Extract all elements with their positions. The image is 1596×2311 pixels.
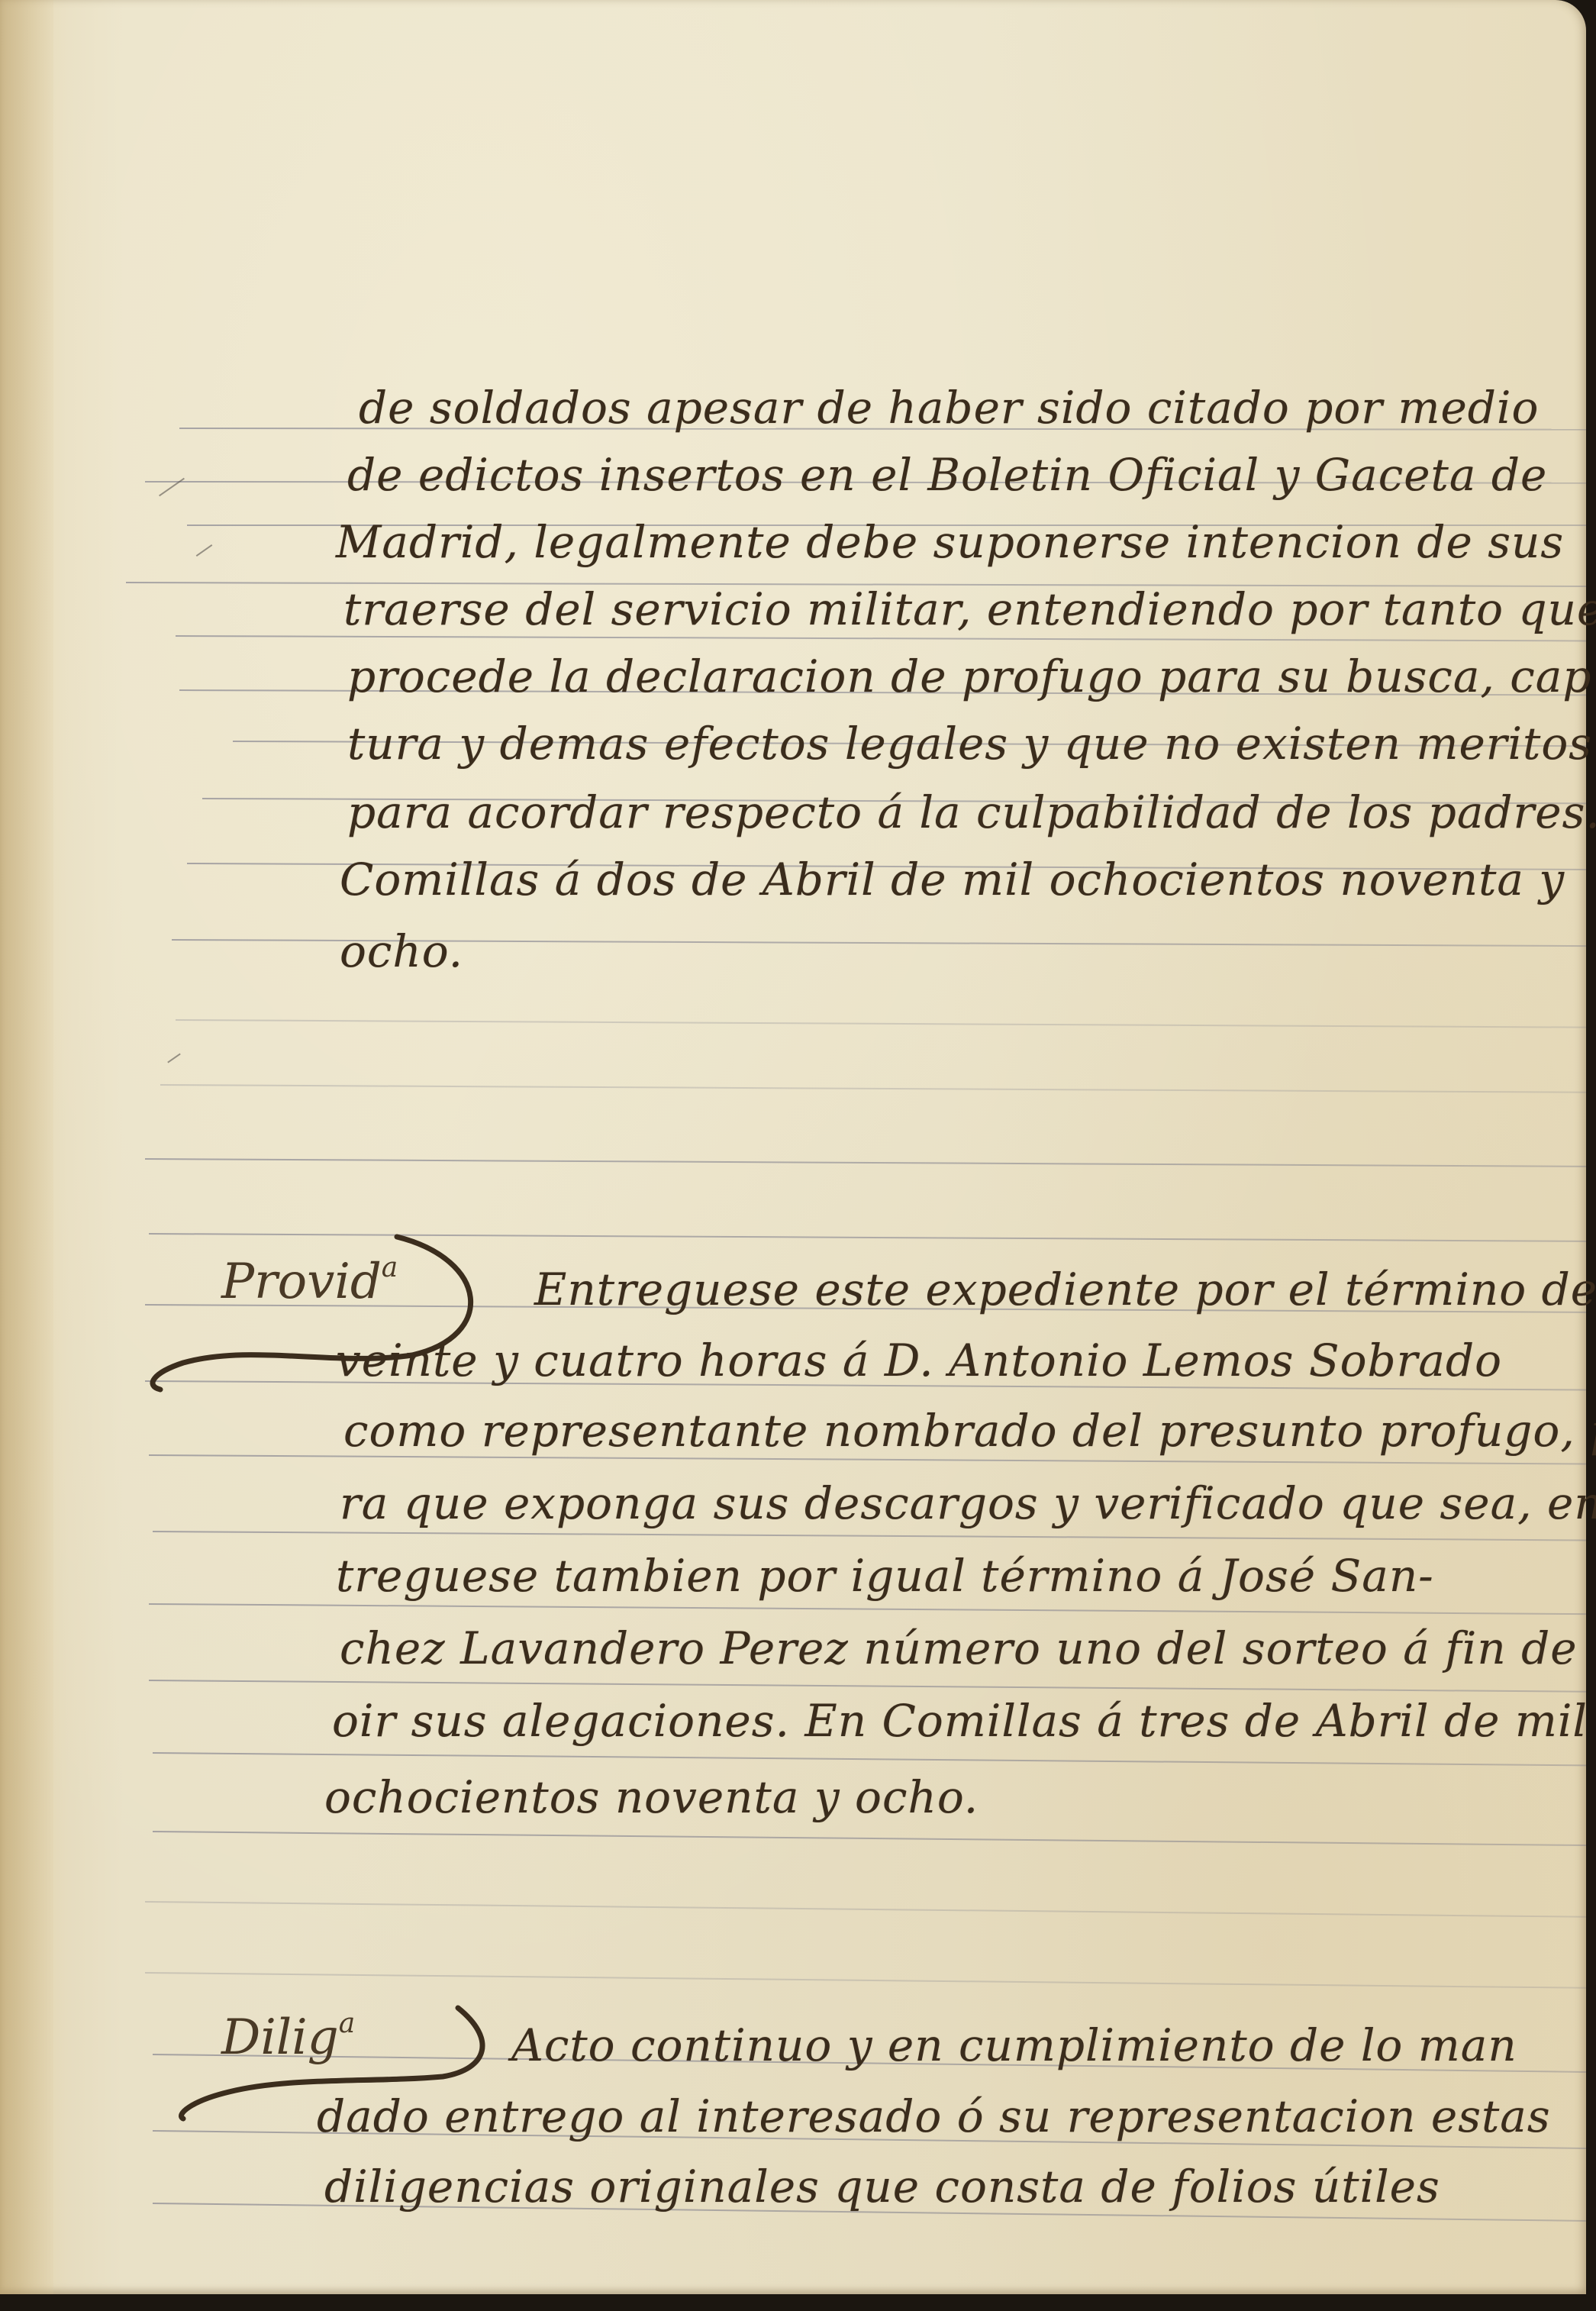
text-line: Acto continuo y en cumplimiento de lo ma…: [511, 2019, 1517, 2071]
text-line: diligencias originales que consta de fol…: [324, 2161, 1440, 2213]
manuscript-page: de soldados apesar de haber sido citado …: [0, 0, 1586, 2294]
diligencia-paragraph: Diliga Acto continuo y en cumplimiento d…: [0, 0, 1586, 2294]
text-line: dado entrego al interesado ó su represen…: [317, 2090, 1551, 2142]
